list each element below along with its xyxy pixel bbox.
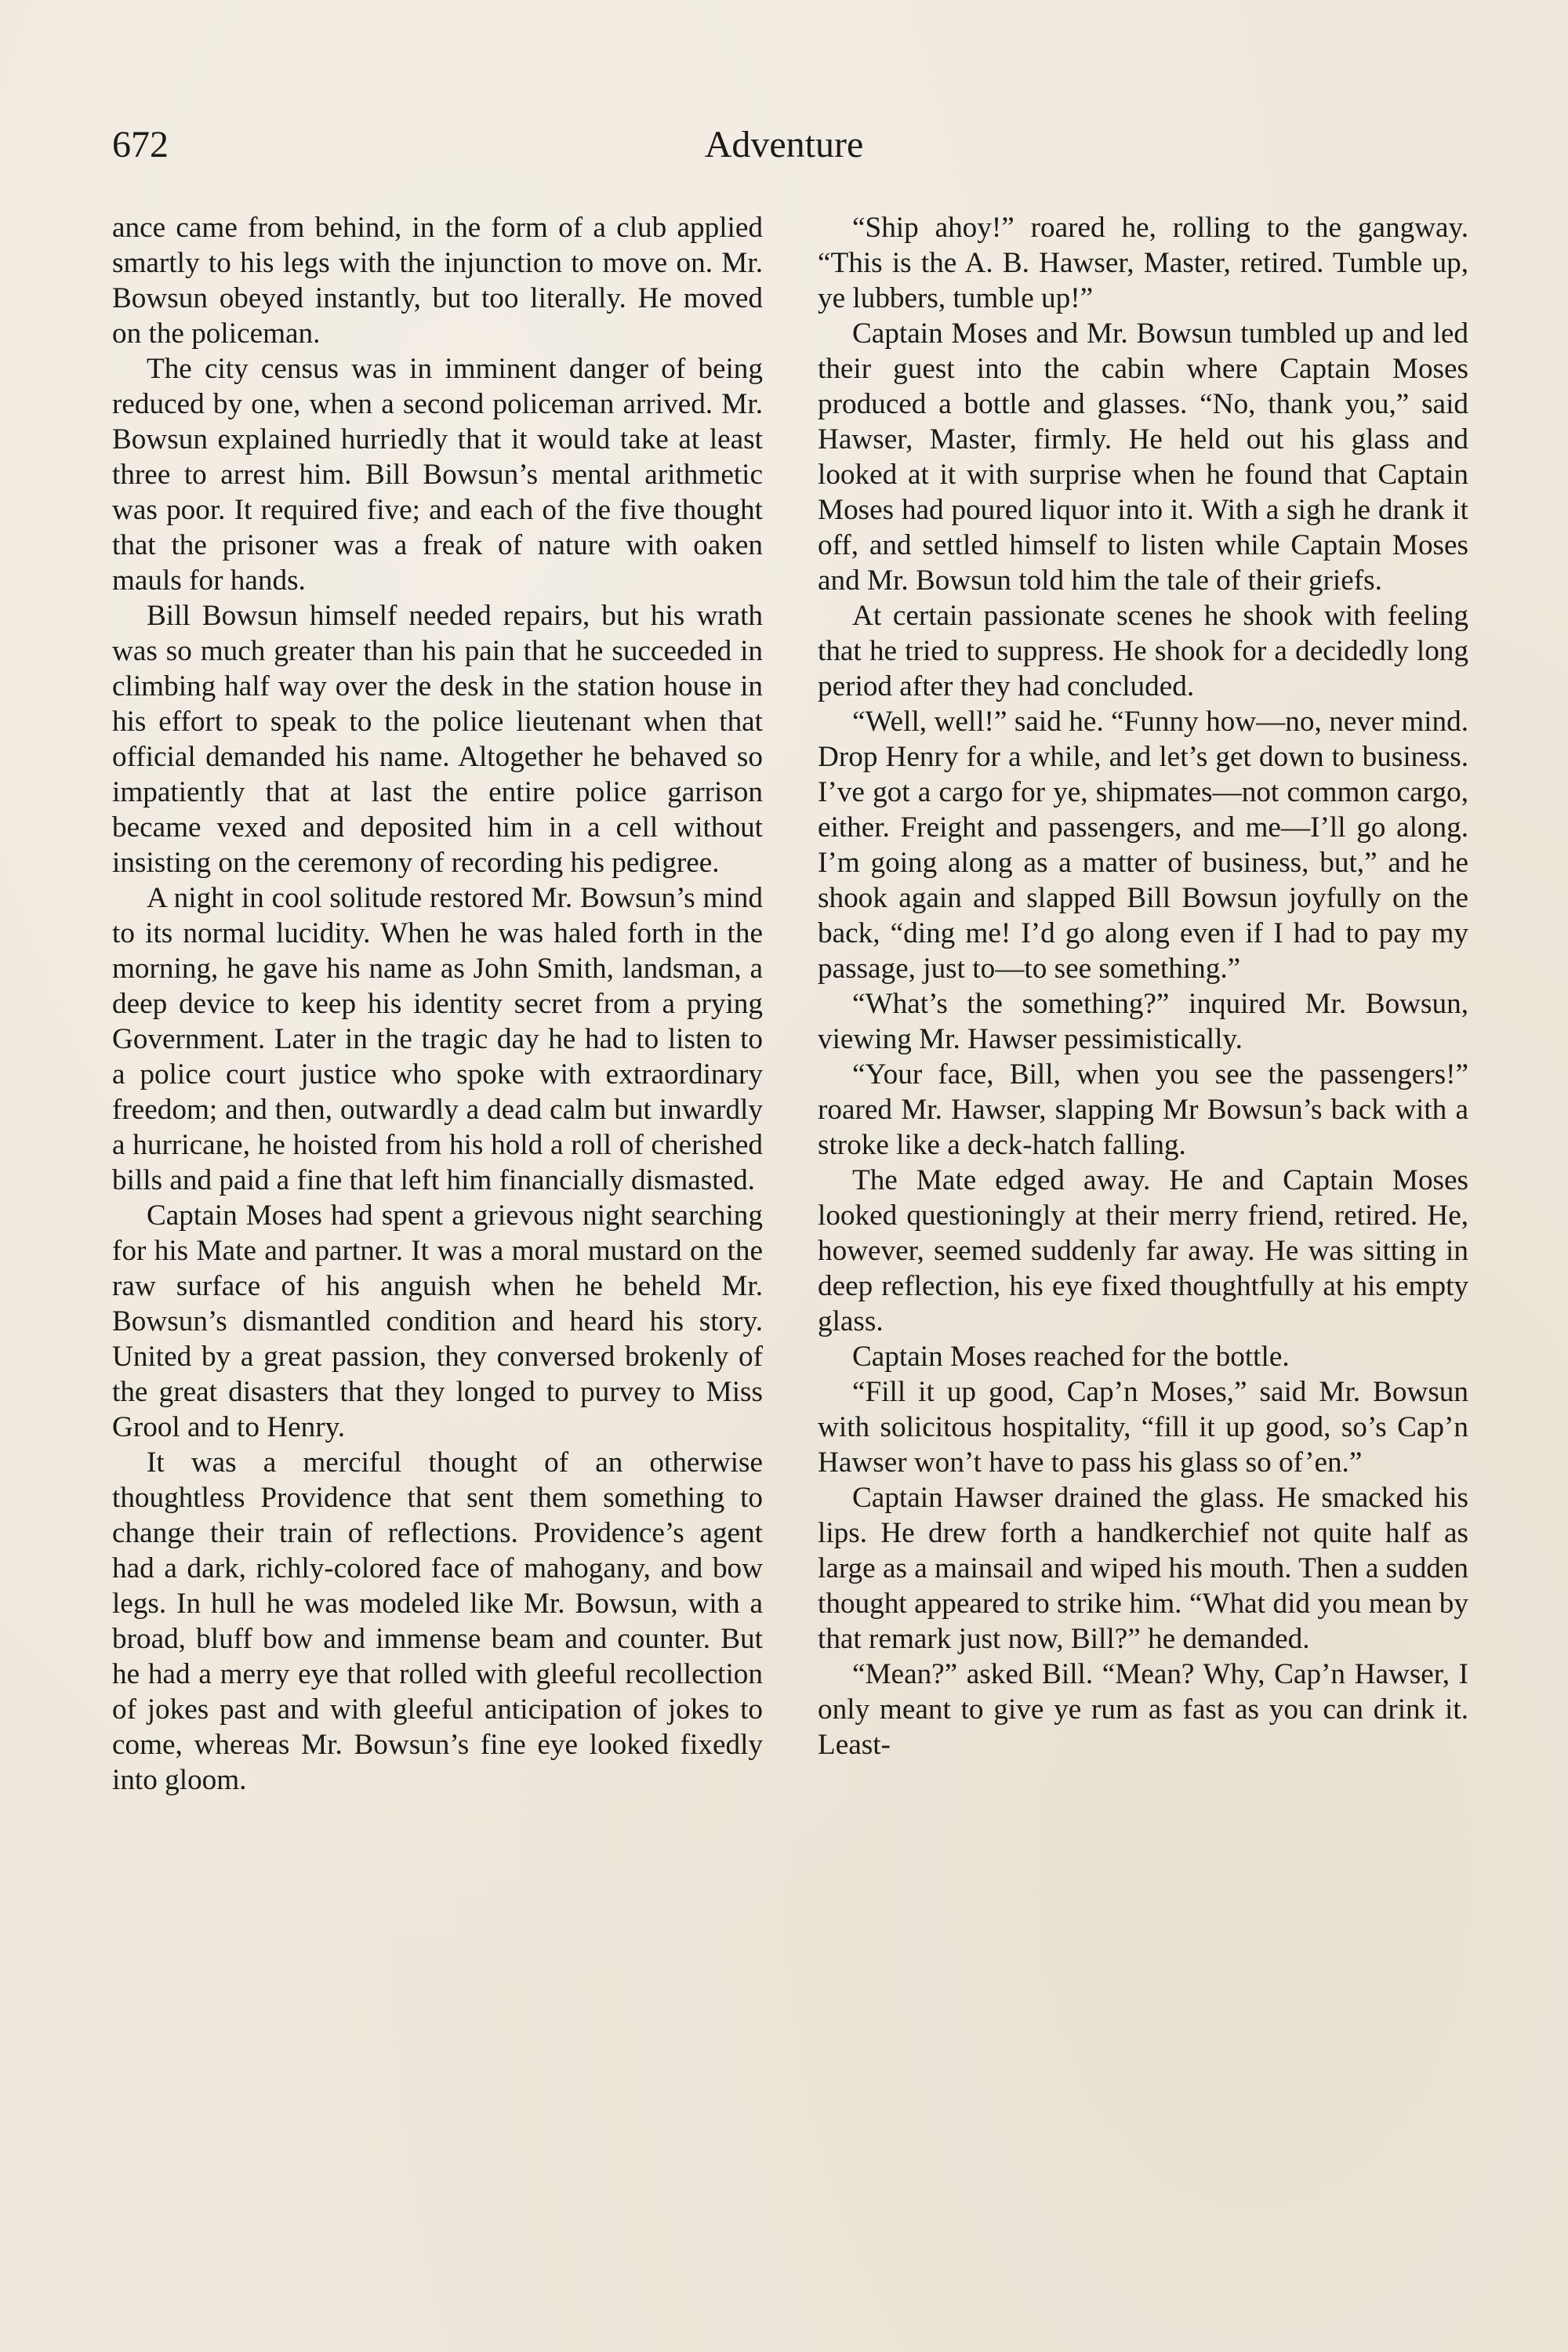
paragraph: The city census was in imminent danger o…	[112, 351, 763, 598]
paragraph: Captain Hawser drained the glass. He sma…	[818, 1480, 1468, 1657]
paragraph: It was a merciful thought of an otherwis…	[112, 1445, 763, 1798]
paragraph: “Ship ahoy!” roared he, rolling to the g…	[818, 210, 1468, 316]
paragraph: Captain Moses and Mr. Bowsun tumbled up …	[818, 316, 1468, 598]
paragraph: A night in cool solitude restored Mr. Bo…	[112, 880, 763, 1198]
paragraph: ance came from behind, in the form of a …	[112, 210, 763, 351]
page-header: 672 Adventure	[112, 118, 1456, 172]
paragraph: “Mean?” asked Bill. “Mean? Why, Cap’n Ha…	[818, 1657, 1468, 1762]
right-column: “Ship ahoy!” roared he, rolling to the g…	[818, 210, 1468, 1762]
paragraph: “What’s the something?” inquired Mr. Bow…	[818, 986, 1468, 1057]
paragraph: Captain Moses reached for the bottle.	[818, 1339, 1468, 1374]
paragraph: At certain passionate scenes he shook wi…	[818, 598, 1468, 704]
paragraph: “Well, well!” said he. “Funny how—no, ne…	[818, 704, 1468, 986]
paragraph: “Your face, Bill, when you see the passe…	[818, 1057, 1468, 1163]
paragraph: “Fill it up good, Cap’n Moses,” said Mr.…	[818, 1374, 1468, 1480]
running-title: Adventure	[112, 118, 1456, 172]
left-column: ance came from behind, in the form of a …	[112, 210, 763, 1798]
paragraph: Captain Moses had spent a grievous night…	[112, 1198, 763, 1445]
paragraph: The Mate edged away. He and Captain Mose…	[818, 1163, 1468, 1339]
paragraph: Bill Bowsun himself needed repairs, but …	[112, 598, 763, 880]
